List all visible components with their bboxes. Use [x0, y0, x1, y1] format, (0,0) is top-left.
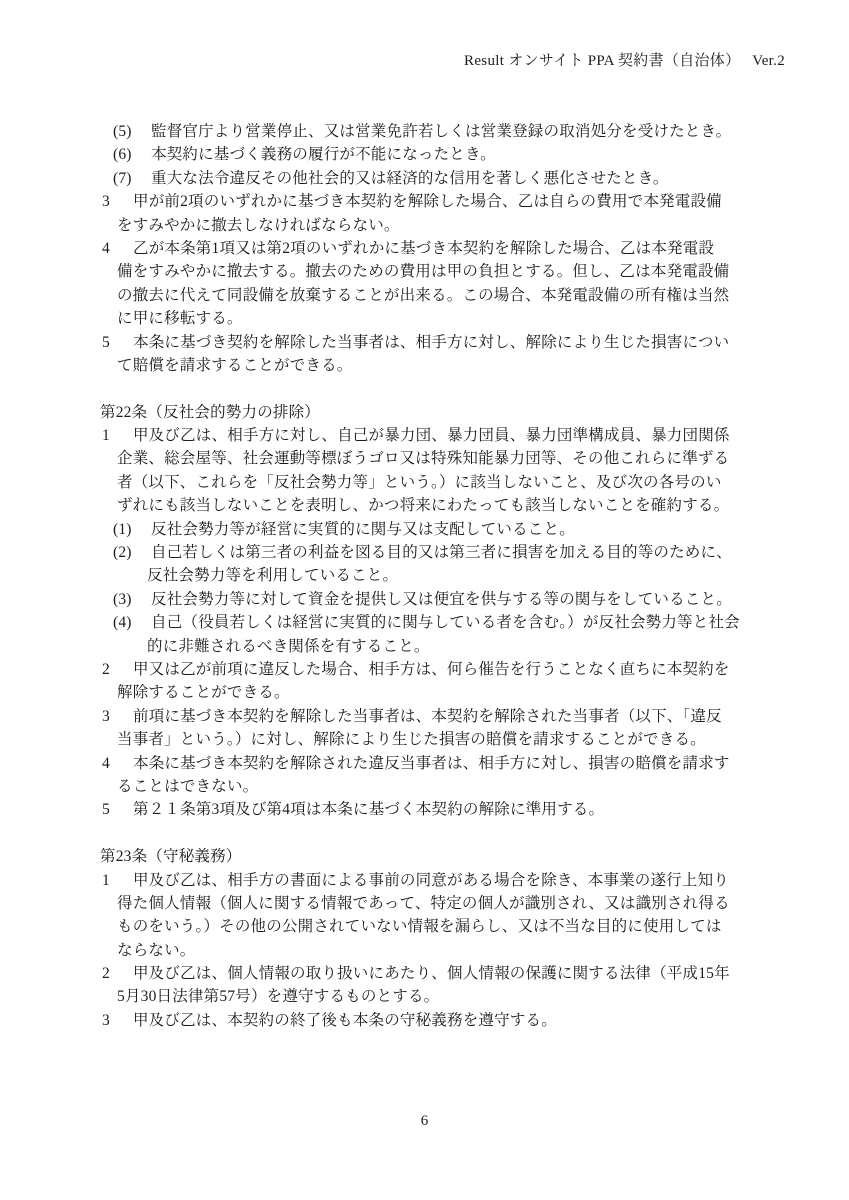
line-text: 甲及び乙は、相手方に対し、自己が暴力団、暴力団員、暴力団準構成員、暴力団関係 — [133, 424, 730, 447]
line-text: 甲及び乙は、個人情報の取り扱いにあたり、個人情報の保護に関する法律（平成15年 — [133, 962, 730, 985]
document-line: (5) 監督官庁より営業停止、又は営業免許若しくは営業登録の取消処分を受けたとき… — [100, 120, 800, 143]
document-page: Result オンサイト PPA 契約書（自治体） Ver.2 (5) 監督官庁… — [0, 0, 849, 1200]
document-line: の撤去に代えて同設備を放棄することが出来る。この場合、本発電設備の所有権は当然 — [100, 284, 800, 307]
line-text: 甲及び乙は、本契約の終了後も本条の守秘義務を遵守する。 — [133, 1009, 557, 1032]
document-line: ることはできない。 — [100, 775, 800, 798]
line-marker: (3) — [113, 588, 151, 611]
document-line: 2 甲及び乙は、個人情報の取り扱いにあたり、個人情報の保護に関する法律（平成15… — [100, 962, 800, 985]
line-text: 第23条（守秘義務） — [100, 845, 242, 868]
line-text: 5月30日法律第57号）を遵守するものとする。 — [117, 985, 439, 1008]
document-line: 者（以下、これらを「反社会勢力等」という。）に該当しないこと、及び次の各号のい — [100, 471, 800, 494]
line-text: ることはできない。 — [117, 775, 258, 798]
line-text: 重大な法令違反その他社会的又は経済的な信用を著しく悪化させたとき。 — [151, 167, 668, 190]
line-text: 自己（役員若しくは経営に実質的に関与している者を含む。）が反社会勢力等と社会 — [151, 611, 740, 634]
line-marker: 2 — [102, 658, 133, 681]
line-marker: 3 — [102, 705, 133, 728]
document-line: (3) 反社会勢力等に対して資金を提供し又は便宜を供与する等の関与をしていること… — [100, 588, 800, 611]
line-text: 自己若しくは第三者の利益を図る目的又は第三者に損害を加える目的等のために、 — [151, 541, 732, 564]
line-marker: (4) — [113, 611, 151, 634]
line-marker: 5 — [102, 798, 133, 821]
line-text: ずれにも該当しないことを表明し、かつ将来にわたっても該当しないことを確約する。 — [117, 494, 729, 517]
document-line: (4) 自己（役員若しくは経営に実質的に関与している者を含む。）が反社会勢力等と… — [100, 611, 800, 634]
document-line: (1) 反社会勢力等が経営に実質的に関与又は支配していること。 — [100, 518, 800, 541]
line-text: ものをいう。）その他の公開されていない情報を漏らし、又は不当な目的に使用しては — [117, 915, 722, 938]
line-text: 前項に基づき本契約を解除した当事者は、本契約を解除された当事者（以下、「違反 — [133, 705, 722, 728]
line-marker: (5) — [113, 120, 151, 143]
document-line: をすみやかに撤去しなければならない。 — [100, 214, 800, 237]
line-text: 解除することができる。 — [117, 681, 290, 704]
line-text: 監督官庁より営業停止、又は営業免許若しくは営業登録の取消処分を受けたとき。 — [151, 120, 731, 143]
line-text: 企業、総会屋等、社会運動等標ぼうゴロ又は特殊知能暴力団等、その他これらに準ずる — [117, 447, 729, 470]
document-header-title: Result オンサイト PPA 契約書（自治体） Ver.2 — [0, 50, 785, 73]
line-text: ならない。 — [117, 939, 196, 962]
document-line: 当事者」という。）に対し、解除により生じた損害の賠償を請求することができる。 — [100, 728, 800, 751]
document-line: 5月30日法律第57号）を遵守するものとする。 — [100, 985, 800, 1008]
line-marker: 3 — [102, 1009, 133, 1032]
document-line: 3 甲が前2項のいずれかに基づき本契約を解除した場合、乙は自らの費用で本発電設備 — [100, 190, 800, 213]
line-text: 者（以下、これらを「反社会勢力等」という。）に該当しないこと、及び次の各号のい — [117, 471, 722, 494]
document-line: 反社会勢力等を利用していること。 — [100, 564, 800, 587]
document-line: (7) 重大な法令違反その他社会的又は経済的な信用を著しく悪化させたとき。 — [100, 167, 800, 190]
document-line: 3 前項に基づき本契約を解除した当事者は、本契約を解除された当事者（以下、「違反 — [100, 705, 800, 728]
line-text: に甲に移転する。 — [117, 307, 243, 330]
document-line: 得た個人情報（個人に関する情報であって、特定の個人が識別され、又は識別され得る — [100, 892, 800, 915]
document-line: 第23条（守秘義務） — [100, 845, 800, 868]
line-text: 甲が前2項のいずれかに基づき本契約を解除した場合、乙は自らの費用で本発電設備 — [133, 190, 722, 213]
line-text: 第２１条第3項及び第4項は本条に基づく本契約の解除に準用する。 — [133, 798, 604, 821]
line-text: 乙が本条第1項又は第2項のいずれかに基づき本契約を解除した場合、乙は本発電設 — [133, 237, 714, 260]
line-marker: (1) — [113, 518, 151, 541]
document-line: 的に非難されるべき関係を有すること。 — [100, 635, 800, 658]
document-line: 5 本条に基づき契約を解除した当事者は、相手方に対し、解除により生じた損害につい — [100, 331, 800, 354]
document-line: 4 乙が本条第1項又は第2項のいずれかに基づき本契約を解除した場合、乙は本発電設 — [100, 237, 800, 260]
line-text: の撤去に代えて同設備を放棄することが出来る。この場合、本発電設備の所有権は当然 — [117, 284, 729, 307]
line-marker: 2 — [102, 962, 133, 985]
document-line: 企業、総会屋等、社会運動等標ぼうゴロ又は特殊知能暴力団等、その他これらに準ずる — [100, 447, 800, 470]
document-line: 5 第２１条第3項及び第4項は本条に基づく本契約の解除に準用する。 — [100, 798, 800, 821]
document-body: (5) 監督官庁より営業停止、又は営業免許若しくは営業登録の取消処分を受けたとき… — [100, 120, 800, 1032]
document-line: 解除することができる。 — [100, 681, 800, 704]
line-text: 第22条（反社会的勢力の排除） — [100, 401, 320, 424]
document-line: (2) 自己若しくは第三者の利益を図る目的又は第三者に損害を加える目的等のために… — [100, 541, 800, 564]
document-line: 1 甲及び乙は、相手方に対し、自己が暴力団、暴力団員、暴力団準構成員、暴力団関係 — [100, 424, 800, 447]
line-text: 得た個人情報（個人に関する情報であって、特定の個人が識別され、又は識別され得る — [117, 892, 730, 915]
document-line — [100, 377, 800, 400]
document-line: (6) 本契約に基づく義務の履行が不能になったとき。 — [100, 143, 800, 166]
page-number: 6 — [0, 1110, 849, 1133]
document-line: 備をすみやかに撤去する。撤去のための費用は甲の負担とする。但し、乙は本発電設備 — [100, 260, 800, 283]
line-marker: (2) — [113, 541, 151, 564]
line-text: 反社会勢力等に対して資金を提供し又は便宜を供与する等の関与をしていること。 — [151, 588, 732, 611]
line-text: 的に非難されるべき関係を有すること。 — [147, 635, 430, 658]
line-text: 本条に基づき契約を解除した当事者は、相手方に対し、解除により生じた損害につい — [133, 331, 729, 354]
document-line — [100, 822, 800, 845]
line-text: 当事者」という。）に対し、解除により生じた損害の賠償を請求することができる。 — [117, 728, 706, 751]
line-text: 甲及び乙は、相手方の書面による事前の同意がある場合を除き、本事業の遂行上知り — [133, 869, 729, 892]
line-text: 反社会勢力等を利用していること。 — [147, 564, 398, 587]
document-line: 3 甲及び乙は、本契約の終了後も本条の守秘義務を遵守する。 — [100, 1009, 800, 1032]
document-line: ならない。 — [100, 939, 800, 962]
document-line: て賠償を請求することができる。 — [100, 354, 800, 377]
document-line: 第22条（反社会的勢力の排除） — [100, 401, 800, 424]
document-line: ものをいう。）その他の公開されていない情報を漏らし、又は不当な目的に使用しては — [100, 915, 800, 938]
document-line: 4 本条に基づき本契約を解除された違反当事者は、相手方に対し、損害の賠償を請求す — [100, 752, 800, 775]
line-text: て賠償を請求することができる。 — [117, 354, 353, 377]
line-marker: (7) — [113, 167, 151, 190]
line-text: 備をすみやかに撤去する。撤去のための費用は甲の負担とする。但し、乙は本発電設備 — [117, 260, 729, 283]
line-text: 本条に基づき本契約を解除された違反当事者は、相手方に対し、損害の賠償を請求す — [133, 752, 730, 775]
line-text: 反社会勢力等が経営に実質的に関与又は支配していること。 — [151, 518, 575, 541]
line-marker: 4 — [102, 752, 133, 775]
line-marker: 1 — [102, 869, 133, 892]
document-line: 1 甲及び乙は、相手方の書面による事前の同意がある場合を除き、本事業の遂行上知り — [100, 869, 800, 892]
line-marker: (6) — [113, 143, 151, 166]
line-marker: 5 — [102, 331, 133, 354]
line-marker: 4 — [102, 237, 133, 260]
document-line: 2 甲又は乙が前項に違反した場合、相手方は、何ら催告を行うことなく直ちに本契約を — [100, 658, 800, 681]
line-text: 本契約に基づく義務の履行が不能になったとき。 — [151, 143, 496, 166]
line-marker: 3 — [102, 190, 133, 213]
document-line: ずれにも該当しないことを表明し、かつ将来にわたっても該当しないことを確約する。 — [100, 494, 800, 517]
line-text: 甲又は乙が前項に違反した場合、相手方は、何ら催告を行うことなく直ちに本契約を — [133, 658, 730, 681]
line-text: をすみやかに撤去しなければならない。 — [117, 214, 400, 237]
line-marker: 1 — [102, 424, 133, 447]
document-line: に甲に移転する。 — [100, 307, 800, 330]
